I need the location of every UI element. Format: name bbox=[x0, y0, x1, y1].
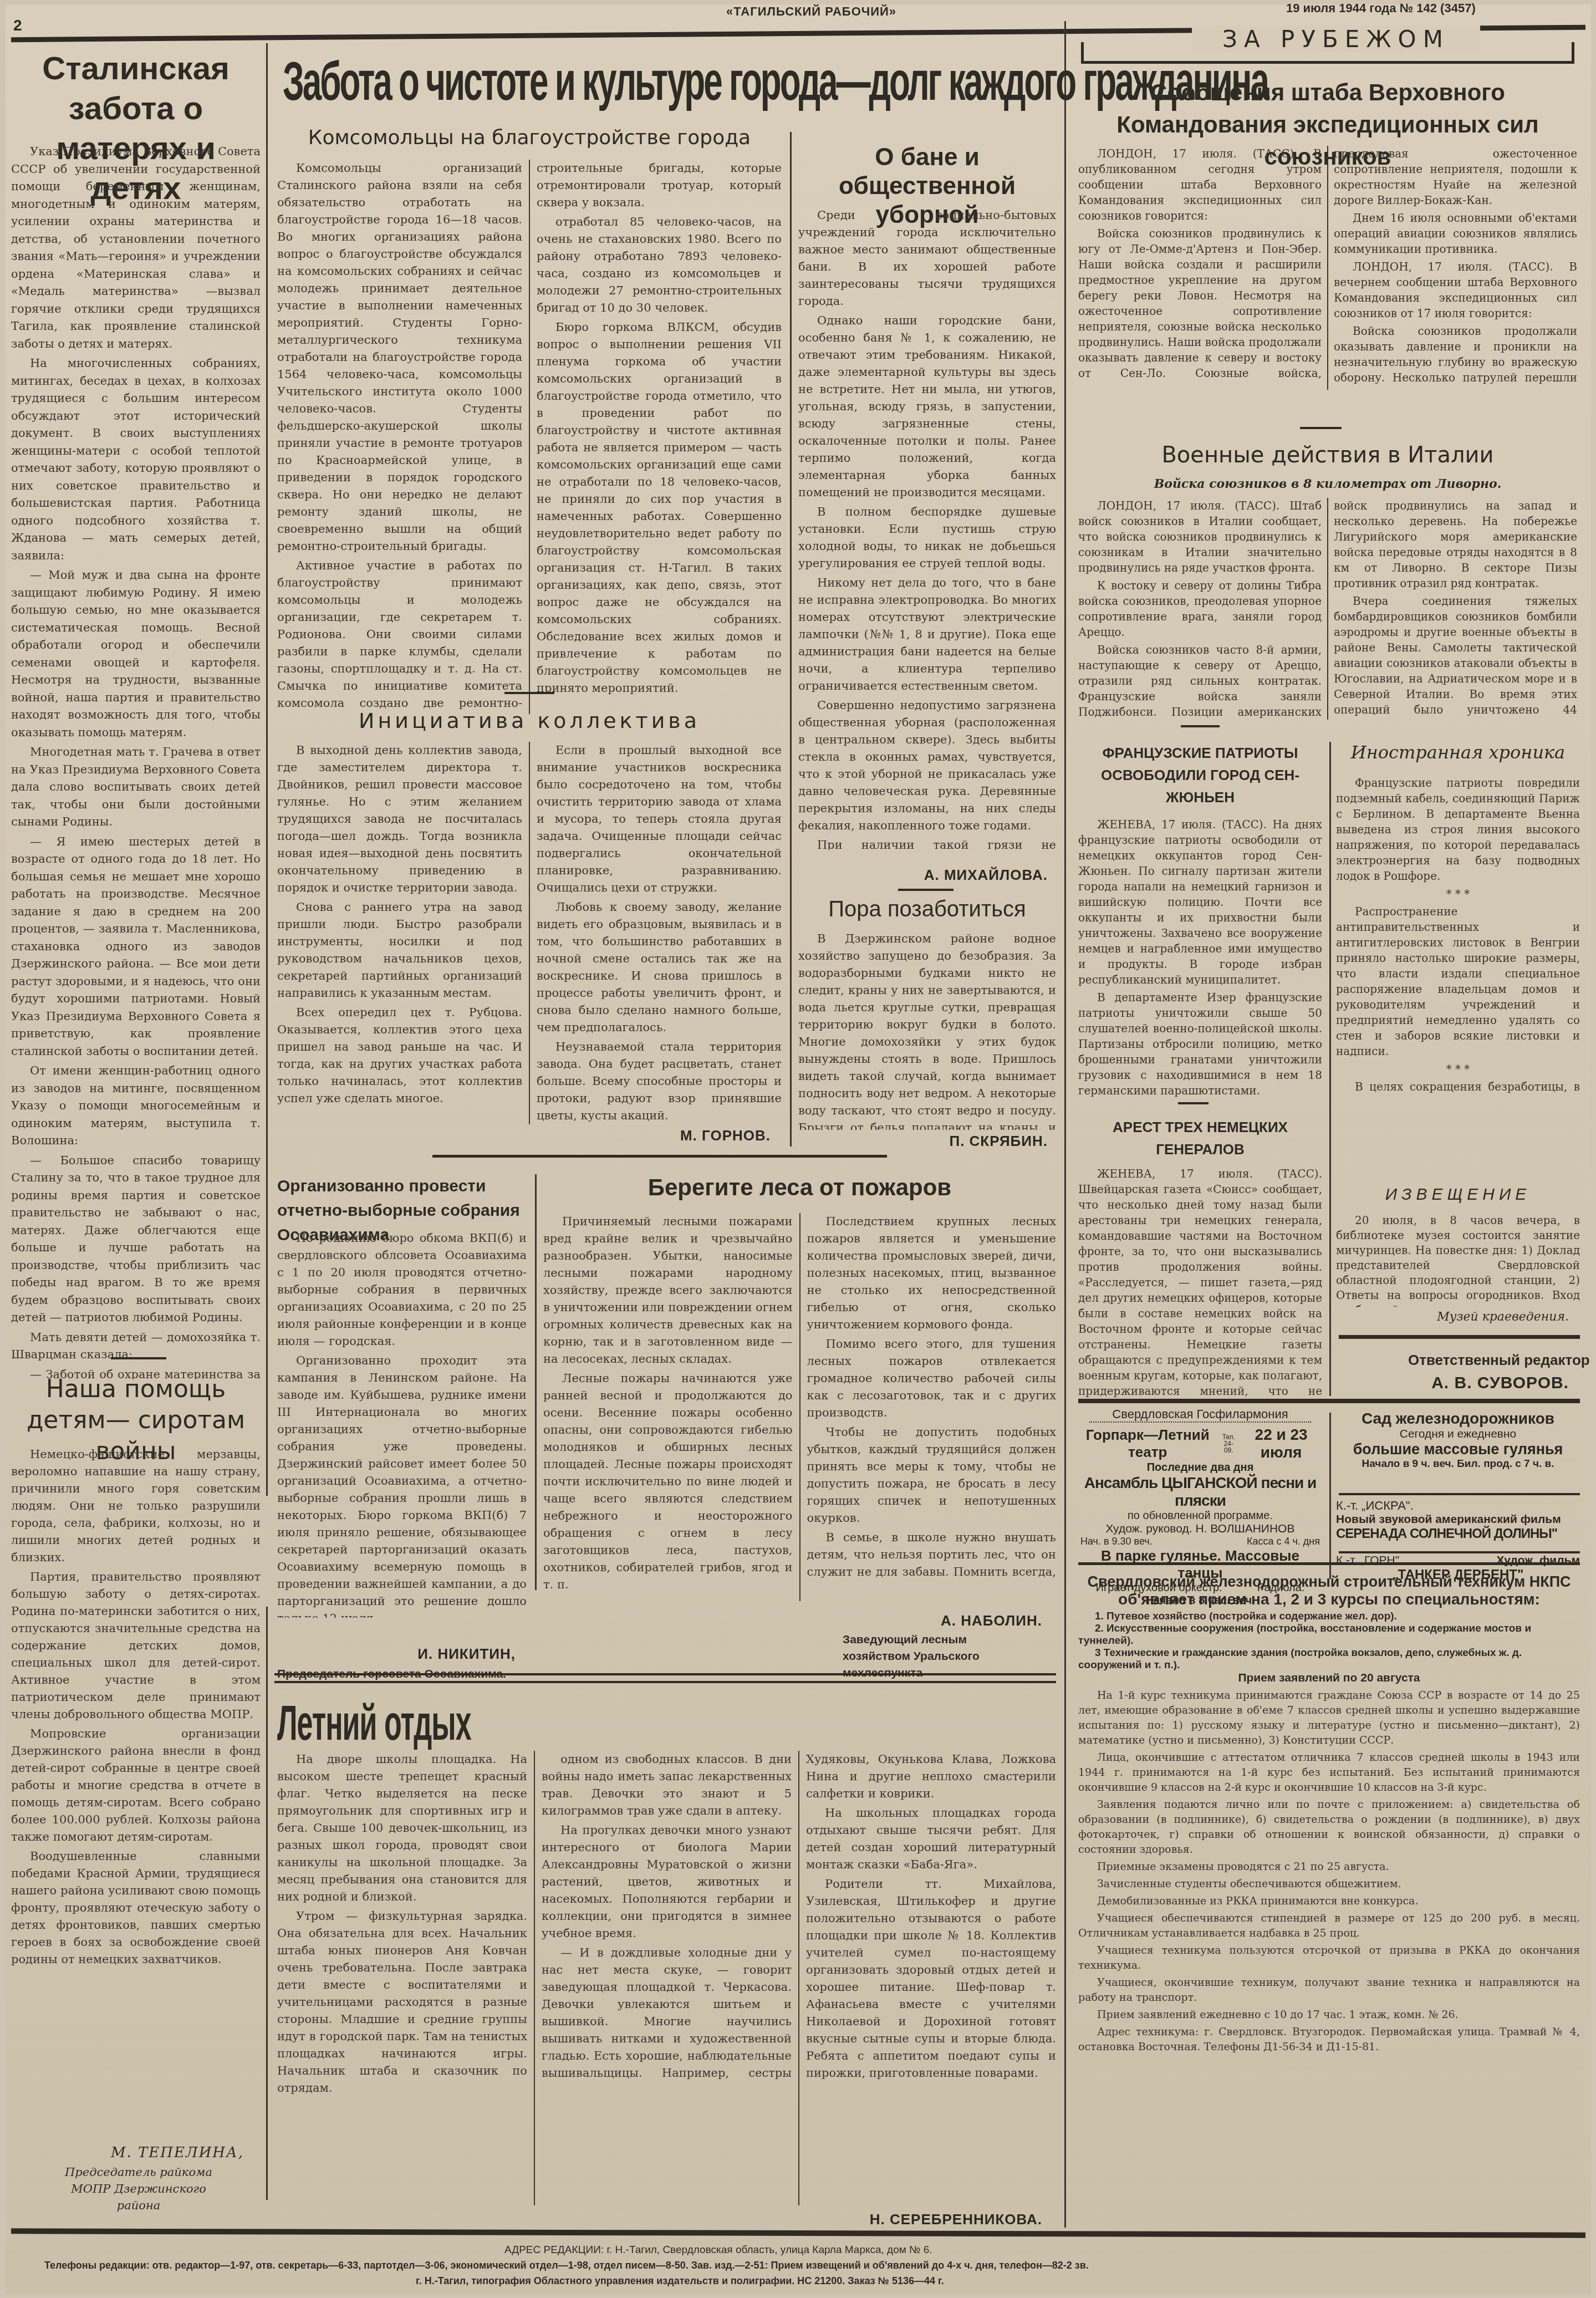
column-divider bbox=[790, 132, 792, 1147]
article-body: Французские патриоты повредили подземный… bbox=[1336, 775, 1580, 1097]
article-body: ЛОНДОН, 17 июля. (ТАСС). Штаб войск союз… bbox=[1078, 498, 1577, 720]
ad-title: Свердловский железнодорожный строительны… bbox=[1078, 1573, 1580, 1591]
section-abroad-title: ЗА РУБЕЖОМ bbox=[1192, 26, 1480, 53]
paragraph: На 1-й курс техникума принимаются гражда… bbox=[1078, 1688, 1580, 1748]
paragraph: Бюро горкома ВЛКСМ, обсудив вопрос о вып… bbox=[537, 319, 782, 697]
paragraph: Лесные пожары начинаются уже ранней весн… bbox=[543, 1370, 793, 1593]
ad-venue: Горпарк—Летний театр bbox=[1078, 1426, 1217, 1461]
section-rule bbox=[432, 1155, 887, 1158]
paragraph: Многодетная мать т. Грачева в ответ на У… bbox=[11, 743, 261, 831]
ads-rule bbox=[1078, 1399, 1580, 1403]
ad-line: Начало в 9 ч. веч. Бил. прод. с 7 ч. в. bbox=[1336, 1458, 1580, 1470]
article-body: Указ Президиума Верховного Совета СССР о… bbox=[11, 143, 261, 1379]
paragraph: Заявления подаются лично или по почте с … bbox=[1078, 1797, 1580, 1857]
ad-railway-garden: Сад железнодорожников Сегодня и ежедневн… bbox=[1336, 1410, 1580, 1470]
paragraph: В департаменте Изер французские патриоты… bbox=[1078, 990, 1322, 1098]
paragraph: Зачисленные студенты обеспечиваются обще… bbox=[1078, 1877, 1580, 1892]
ad-film: СЕРЕНАДА СОЛНЕЧНОЙ ДОЛИНЫ" bbox=[1336, 1526, 1580, 1542]
paragraph: На дворе школы площадка. На высоком шест… bbox=[277, 1751, 527, 1905]
page-number: 2 bbox=[13, 17, 22, 34]
paragraph: Помимо всего этого, для тушения лесных п… bbox=[807, 1336, 1057, 1421]
paragraph: Прием заявлений ежедневно с 10 до 17 час… bbox=[1078, 2007, 1580, 2022]
ad-subtitle: об'являет прием на 1, 2 и 3 курсы по спе… bbox=[1078, 1591, 1580, 1608]
double-rule bbox=[274, 1673, 1056, 1675]
paragraph: Учащиеся обеспечиваются стипендией в раз… bbox=[1078, 1911, 1580, 1941]
ad-line: большие массовые гулянья bbox=[1336, 1441, 1580, 1458]
specialty: 1. Путевое хозяйство (постройка и содерж… bbox=[1078, 1611, 1580, 1623]
footer-rule bbox=[11, 2228, 1585, 2238]
paragraph: ЛОНДОН, 17 июля. (ТАСС). Штаб войск союз… bbox=[1078, 498, 1322, 575]
article-separator bbox=[111, 1357, 166, 1359]
main-banner-headline: Забота о чистоте и культуре города—долг … bbox=[283, 50, 1048, 113]
ad-desc: Новый звуковой американский фильм bbox=[1336, 1513, 1580, 1526]
paragraph: В Дзержинском районе водное хозяйство за… bbox=[798, 930, 1056, 1130]
footer-address: АДРЕС РЕДАКЦИИ: г. Н.-Тагил, Свердловска… bbox=[504, 2244, 932, 2256]
paragraph: Родители тт. Михайлова, Узилевская, Штил… bbox=[806, 1876, 1056, 2082]
newspaper-page: 2 «ТАГИЛЬСКИЙ РАБОЧИЙ» 19 июля 1944 года… bbox=[6, 4, 1591, 2294]
issue-date: 19 июля 1944 года № 142 (3457) bbox=[1286, 1, 1476, 16]
article-body: На дворе школы площадка. На высоком шест… bbox=[277, 1751, 1056, 2205]
double-rule bbox=[274, 1681, 1056, 1683]
article-body: В выходной день коллектив завода, где за… bbox=[277, 742, 782, 1124]
paragraph: Немецко-фашистские мерзавцы, вероломно н… bbox=[11, 1446, 261, 1566]
article-separator bbox=[898, 889, 953, 891]
paragraph: Если в прошлый выходной все внимание уча… bbox=[537, 742, 782, 896]
paragraph: На школьных площадках города отдыхают св… bbox=[806, 1805, 1056, 1873]
paragraph: Причиняемый лесными пожарами вред крайне… bbox=[543, 1213, 793, 1368]
signature: П. СКРЯБИН. bbox=[798, 1133, 1048, 1150]
paragraph: Лица, окончившие с аттестатом отличника … bbox=[1078, 1750, 1580, 1795]
paragraph: Адрес техникума: г. Свердловск. Втузгоро… bbox=[1078, 2025, 1580, 2055]
paragraph: По решению бюро обкома ВКП(б) и свердлов… bbox=[277, 1230, 527, 1350]
paragraph: Распространение антиправительственных и … bbox=[1336, 904, 1580, 1059]
column-divider bbox=[1329, 742, 1331, 1396]
ads-rule bbox=[1078, 1562, 1580, 1565]
footer-printer: г. Н.-Тагил, типография Областного управ… bbox=[416, 2275, 944, 2287]
ad-title: Сад железнодорожников bbox=[1336, 1410, 1580, 1428]
ad-technikum: Свердловский железнодорожный строительны… bbox=[1078, 1573, 1580, 2154]
article-separator bbox=[1300, 427, 1342, 429]
headline: ФРАНЦУЗСКИЕ ПАТРИОТЫ ОСВОБОДИЛИ ГОРОД СЕ… bbox=[1095, 742, 1306, 808]
article-body: В Дзержинском районе водное хозяйство за… bbox=[798, 930, 1056, 1130]
subheadline: Войска союзников в 8 километрах от Ливор… bbox=[1078, 477, 1577, 491]
article-separator bbox=[1181, 725, 1220, 727]
article-body: ЖЕНЕВА, 17 июля. (ТАСС). Швейцарская газ… bbox=[1078, 1166, 1322, 1404]
signature: М. ГОРНОВ. bbox=[538, 1127, 771, 1144]
paragraph: Французские патриоты повредили подземный… bbox=[1336, 775, 1580, 884]
paragraph: одном из свободных классов. В дни войны … bbox=[542, 1751, 792, 1820]
signature: А. НАБОЛИН. bbox=[809, 1612, 1042, 1629]
paragraph: В целях сокращения безработицы, в районе… bbox=[1336, 1079, 1580, 1097]
ad-start: Нач. в 9.30 веч. bbox=[1080, 1536, 1153, 1547]
article-body: Причиняемый лесными пожарами вред крайне… bbox=[543, 1213, 1056, 1601]
paragraph: Однако наши городские бани, особенно бан… bbox=[798, 312, 1056, 501]
paragraph: Утром — физкультурная зарядка. Она обяза… bbox=[277, 1908, 527, 2097]
signature: А. МИХАЙЛОВА. bbox=[798, 867, 1048, 884]
paragraph: Неузнаваемой стала территория завода. Он… bbox=[537, 1038, 782, 1124]
paragraph: Демобилизованные из РККА принимаются вне… bbox=[1078, 1894, 1580, 1909]
paragraph: Никому нет дела до того, что в бане не и… bbox=[798, 574, 1056, 695]
ad-cinema: К.-т. „ГОРН". bbox=[1336, 1554, 1403, 1567]
article-body: Немецко-фашистские мерзавцы, вероломно н… bbox=[11, 1446, 261, 2139]
signature: М. ТЕПЕЛИНА, bbox=[11, 2144, 244, 2161]
article-separator bbox=[504, 692, 554, 694]
paragraph: Всех опередил цех т. Рубцова. Оказываетс… bbox=[277, 1004, 522, 1107]
ad-program: по обновленной программе. bbox=[1078, 1510, 1322, 1522]
column-divider bbox=[1064, 21, 1066, 2228]
signature: Н. СЕРЕБРЕННИКОВА. bbox=[809, 2211, 1042, 2228]
article-body: Среди социально-бытовых учреждений город… bbox=[798, 207, 1056, 850]
paragraph: Снова с раннего утра на завод пришли люд… bbox=[277, 899, 522, 1002]
headline: Иностранная хроника bbox=[1336, 742, 1580, 763]
notice-signature: Музей краеведения. bbox=[1336, 1310, 1569, 1324]
paragraph: ЛОНДОН, 17 июля. (ТАСС). В опубликованно… bbox=[1078, 146, 1322, 223]
paragraph: Совершенно недопустимо загрязнена общест… bbox=[798, 697, 1056, 834]
paragraph: — Я имею шестерых детей в возрасте от од… bbox=[11, 833, 261, 1061]
headline: Летний отдых bbox=[277, 1695, 527, 1752]
headline: Пора позаботиться bbox=[798, 897, 1056, 922]
ad-rule bbox=[1339, 1493, 1580, 1495]
paragraph: От имени женщин-работниц одного из завод… bbox=[11, 1062, 261, 1150]
specialty: 3 Технические и гражданские здания (пост… bbox=[1078, 1647, 1580, 1672]
paragraph: Днем 16 июля основными об'ектами операци… bbox=[1334, 210, 1577, 257]
paragraph: — Мой муж и два сына на фронте защищают … bbox=[11, 567, 261, 741]
editor-name: А. В. СУВОРОВ. bbox=[1336, 1374, 1569, 1393]
column-divider bbox=[266, 1607, 268, 2200]
paragraph: Указ Президиума Верховного Совета СССР о… bbox=[11, 143, 261, 353]
ad-venue-note: Тел. 24-09. bbox=[1220, 1434, 1237, 1454]
editor-label: Ответственный редактор bbox=[1408, 1352, 1590, 1369]
editor-rule bbox=[1339, 1335, 1580, 1339]
ad-desc: Худож. фильм bbox=[1497, 1554, 1580, 1567]
headline: Комсомольцы на благоустройстве города bbox=[277, 126, 782, 149]
ad-deadline: Прием заявлений по 20 августа bbox=[1078, 1672, 1580, 1685]
specialty: 2. Искусственные сооружения (постройка, … bbox=[1078, 1623, 1580, 1647]
headline: АРЕСТ ТРЕХ НЕМЕЦКИХ ГЕНЕРАЛОВ bbox=[1100, 1116, 1300, 1160]
ad-title: Ансамбль ЦЫГАНСКОЙ песни и пляски bbox=[1078, 1474, 1322, 1510]
paragraph: Приемные экзамены проводятся с 21 по 25 … bbox=[1078, 1859, 1580, 1874]
column-divider bbox=[1329, 1413, 1331, 1579]
column-divider bbox=[535, 1174, 537, 1590]
ad-body: На 1-й курс техникума принимаются гражда… bbox=[1078, 1688, 1580, 2154]
paragraph: — Большое спасибо товарищу Сталину за то… bbox=[11, 1152, 261, 1327]
column-divider bbox=[266, 43, 268, 1496]
notice-text: 20 июля, в 8 часов вечера, в библиотеке … bbox=[1336, 1213, 1580, 1307]
paragraph: Чтобы не допустить подобных убытков, каж… bbox=[807, 1424, 1057, 1527]
paragraph: Партия, правительство проявляют большую … bbox=[11, 1568, 261, 1723]
headline: Военные действия в Италии bbox=[1078, 442, 1577, 468]
paragraph: Учащиеся техникума пользуются отсрочкой … bbox=[1078, 1943, 1580, 1973]
paragraph: К востоку и северу от долины Тибра войск… bbox=[1078, 578, 1322, 640]
ad-dates: 22 и 23 июля bbox=[1240, 1426, 1322, 1461]
newspaper-name: «ТАГИЛЬСКИЙ РАБОЧИЙ» bbox=[726, 4, 896, 19]
paragraph: Среди социально-бытовых учреждений город… bbox=[798, 207, 1056, 310]
paragraph: В полном беспорядке душевые установки. Е… bbox=[798, 503, 1056, 572]
footer-phones: Телефоны редакции: отв. редактор—1-97, о… bbox=[44, 2260, 1089, 2271]
paragraph: Организованно проходит эта кампания в Ле… bbox=[277, 1352, 527, 1618]
paragraph: При наличии такой грязи не исключена воз… bbox=[798, 837, 1056, 850]
article-body: ЛОНДОН, 17 июля. (ТАСС). В опубликованно… bbox=[1078, 146, 1577, 390]
paragraph: Учащиеся, окончившие техникум, получают … bbox=[1078, 1975, 1580, 2005]
ad-box-office: Касса с 4 ч. дня bbox=[1247, 1536, 1320, 1547]
ad-iskra: К.-т. „ИСКРА". Новый звуковой американск… bbox=[1336, 1499, 1580, 1542]
ad-org: Свердловская Госфилармония bbox=[1089, 1407, 1311, 1423]
paragraph: На многочисленных собраниях, митингах, б… bbox=[11, 355, 261, 564]
article-body: Комсомольцы организаций Сталинского райо… bbox=[277, 160, 782, 714]
paragraph: Комсомольцы организаций Сталинского райо… bbox=[277, 160, 522, 555]
headline: Инициатива коллектива bbox=[277, 709, 782, 733]
signature: И. НИКИТИН, bbox=[277, 1645, 516, 1663]
paragraph: ЖЕНЕВА, 17 июля. (ТАСС). Швейцарская газ… bbox=[1078, 1166, 1322, 1404]
ad-director: Худож. руковод. Н. ВОЛШАНИНОВ bbox=[1078, 1522, 1322, 1536]
article-separator bbox=[1178, 1102, 1209, 1104]
ad-cinema: К.-т. „ИСКРА". bbox=[1336, 1499, 1580, 1513]
paragraph: Последствием крупных лесных пожаров явля… bbox=[807, 1213, 1057, 1333]
ad-line: Сегодня и ежедневно bbox=[1336, 1428, 1580, 1441]
paragraph: Любовь к своему заводу, желание видеть е… bbox=[537, 899, 782, 1036]
ad-rule bbox=[1339, 1551, 1580, 1553]
paragraph: ЛОНДОН, 17 июля. (ТАСС). В вечернем сооб… bbox=[1334, 259, 1577, 321]
notice-headline: ИЗВЕЩЕНИЕ bbox=[1336, 1185, 1580, 1204]
paragraph: В выходной день коллектив завода, где за… bbox=[277, 742, 522, 896]
paragraph: На прогулках девочки много узнают интере… bbox=[542, 1822, 792, 1942]
separator: * * * bbox=[1336, 886, 1580, 901]
article-body: По решению бюро обкома ВКП(б) и свердлов… bbox=[277, 1230, 527, 1618]
paragraph: Мопровские организации Дзержинского райо… bbox=[11, 1725, 261, 1846]
paragraph: отработал 85 человеко-часов, на очень не… bbox=[537, 213, 782, 317]
separator: * * * bbox=[1336, 1061, 1580, 1077]
paragraph: Воодушевленные славными победами Красной… bbox=[11, 1848, 261, 1968]
signature-role: Председатель райкома МОПР Дзержинского р… bbox=[55, 2164, 222, 2214]
ad-last-days: Последние два дня bbox=[1078, 1461, 1322, 1474]
headline: Берегите леса от пожаров bbox=[543, 1174, 1056, 1201]
paragraph: ЖЕНЕВА, 17 июля. (ТАСС). На днях француз… bbox=[1078, 817, 1322, 987]
